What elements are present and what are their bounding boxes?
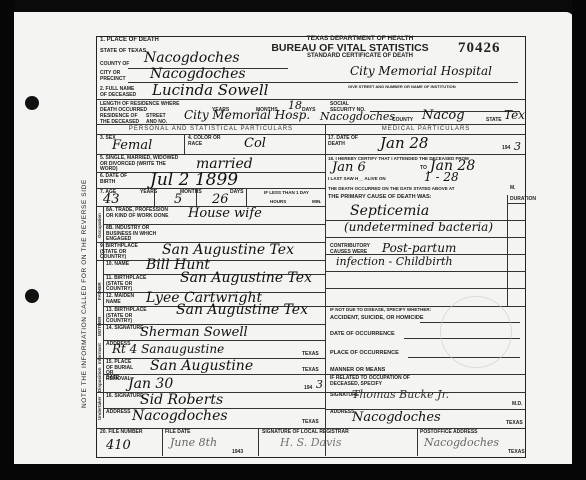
age-months: 5 [174, 192, 182, 207]
last-saw-date: 1 - 28 [424, 170, 459, 184]
occupation-related-label: IF RELATED TO OCCUPATION OF DECEASED, SP… [330, 376, 410, 387]
undertaker-address-label: ADDRESS [106, 410, 130, 416]
accident-label: ACCIDENT, SUICIDE, OR HOMICIDE [330, 316, 424, 322]
burial-place: San Augustine [150, 358, 253, 374]
scan-border-bottom [0, 464, 586, 480]
residence-street: City Memorial Hosp. [184, 108, 310, 122]
reverse-side-note: NOTE THE INFORMATION CALLED FOR ON THE R… [81, 179, 88, 408]
attended-from: Jan 6 [332, 160, 366, 175]
rule [326, 237, 526, 238]
race-label: 4. COLOR OR RACE [188, 136, 224, 147]
contributory-cause-2: infection - Childbirth [336, 255, 453, 268]
texas-label: TEXAS [508, 450, 525, 456]
burial-date: Jan 30 [128, 376, 173, 392]
rule [417, 428, 418, 456]
rule [162, 428, 163, 456]
less-than-day-label: IF LESS THAN 1 DAY [264, 190, 309, 196]
occurred-label: THE DEATH OCCURRED ON THE DATE STATED AB… [328, 186, 455, 192]
burial-date-label: DATE [106, 376, 119, 382]
date-of-birth: Jul 2 1899 [150, 170, 238, 190]
rule [96, 134, 526, 135]
rule [154, 188, 155, 206]
hours-label: HOURS [270, 199, 286, 205]
physician-signature: Thomas Bucke Jr. [352, 388, 449, 401]
disposition-side-label: Disposition [97, 368, 102, 393]
informant-name: Sherman Sowell [140, 325, 248, 340]
father-name-label: 10. NAME [106, 262, 129, 268]
personal-section-title: PERSONAL AND STATISTICAL PARTICULARS [96, 126, 326, 132]
primary-cause-detail: (undetermined bacteria) [344, 220, 493, 234]
age-days-label: DAYS [230, 190, 243, 196]
mother-birthplace-label: 13. BIRTHPLACE (STATE OR COUNTRY) [106, 308, 156, 325]
certificate-number: 70426 [458, 40, 501, 57]
occupation-side-label: Occupation [97, 213, 102, 238]
not-disease-label: IF NOT DUE TO DISEASE, SPECIFY WHETHER: [330, 307, 431, 313]
undertaker-label: 16. SIGNATURE [106, 394, 143, 400]
death-city: Nacogdoches [150, 66, 246, 82]
death-year-prefix: 194 [502, 146, 510, 152]
rule [196, 188, 197, 206]
file-number: 410 [106, 438, 131, 453]
mother-side-label: MOTHER [97, 317, 102, 337]
undertaker-name: Sid Roberts [140, 392, 223, 408]
date-of-death-label: 17. DATE OF DEATH [328, 136, 368, 147]
age-days: 26 [212, 192, 229, 207]
registrar-label: SIGNATURE OF LOCAL REGISTRAR [262, 430, 349, 436]
industry-label: 8B. INDUSTRY OR BUSINESS IN WHICH ENGAGE… [106, 226, 170, 243]
duration-label: DURATION [510, 197, 536, 203]
texas-label: TEXAS [302, 352, 319, 358]
rule [103, 340, 326, 341]
residence-length-label: LENGTH OF RESIDENCE WHERE DEATH OCCURRED [100, 102, 190, 113]
birthplace: San Augustine Tex [162, 242, 294, 258]
rule [507, 203, 526, 204]
undertaker-side-label: Undertaker [97, 396, 102, 420]
rule [103, 374, 326, 375]
dob-label: 6. DATE OF BIRTH [100, 174, 130, 185]
city-label: CITY OR PRECINCT [100, 71, 128, 82]
rule [507, 195, 508, 307]
faded-seal-stamp [440, 296, 512, 368]
place-of-death-label: 1. PLACE OF DEATH [100, 38, 159, 44]
scan-border-right [572, 0, 586, 480]
date-of-death: Jan 28 [380, 134, 428, 152]
birthplace-label: 9. BIRTHPLACE (STATE OR COUNTRY) [100, 244, 150, 261]
rule [103, 206, 104, 418]
occurrence-date-label: DATE OF OCCURRENCE [330, 332, 395, 338]
institution-label: GIVE STREET AND NUMBER OR NAME OF INSTIT… [348, 84, 456, 90]
physician-address-label: ADDRESS [330, 410, 354, 416]
texas-label: TEXAS [302, 420, 319, 426]
dept-title: TEXAS DEPARTMENT OF HEALTH [250, 35, 470, 42]
rule [96, 124, 526, 125]
physician-address: Nacogdoches [352, 410, 441, 425]
texas-label: TEXAS [506, 421, 523, 427]
age-months-label: MONTHS [180, 190, 202, 196]
form-title: STANDARD CERTIFICATE OF DEATH [250, 53, 470, 59]
rule [326, 288, 526, 289]
death-year-digit: 3 [514, 140, 521, 153]
rule [258, 428, 259, 456]
rule [96, 99, 526, 100]
residence-state-label: STATE [486, 118, 502, 124]
deceased-name: Lucinda Sowell [152, 81, 268, 99]
occurrence-place-label: PLACE OF OCCURRENCE [330, 351, 399, 357]
rule [96, 260, 326, 261]
full-name-label: 2. FULL NAME OF DECEASED [100, 87, 138, 98]
file-year: 1943 [232, 450, 243, 456]
informant-side-label: Informant [97, 343, 102, 364]
mother-name-label: 12. MAIDEN NAME [106, 294, 136, 305]
primary-cause-label: THE PRIMARY CAUSE OF DEATH WAS: [328, 195, 432, 201]
state-label: STATE OF TEXAS [100, 49, 146, 55]
punch-hole-icon [25, 289, 39, 303]
undertaker-address: Nacogdoches [132, 408, 228, 424]
sex: Femal [112, 138, 152, 153]
punch-hole-icon [25, 96, 39, 110]
last-saw-label: I LAST SAW H__ ALIVE ON [328, 176, 386, 182]
rule [326, 154, 526, 155]
death-county: Nacogdoches [144, 50, 240, 66]
min-label: MIN. [312, 199, 322, 205]
manner-label: MANNER OR MEANS [330, 368, 385, 374]
residence-county: Nacog [422, 108, 465, 123]
file-number-label: 20. FILE NUMBER [100, 430, 143, 436]
m-label: M. [510, 186, 516, 192]
residence-city: Nacogdoches [320, 110, 395, 123]
texas-label: TEXAS [302, 368, 319, 374]
medical-section-title: MEDICAL PARTICULARS [326, 126, 526, 132]
informant-address: Rt 4 Sanaugustine [112, 342, 224, 356]
scan-border-left [0, 0, 14, 480]
age-years: 43 [103, 192, 120, 207]
rule [326, 271, 526, 272]
file-date: June 8th [170, 436, 217, 449]
informant-label: 14. SIGNATURE [106, 326, 143, 332]
contributory-cause-1: Post-partum [382, 241, 456, 255]
postoffice-address: Nacogdoches [424, 436, 499, 449]
residence-state: Tex [504, 108, 525, 122]
rule [246, 188, 247, 206]
county-label: COUNTY OF [100, 62, 129, 68]
trade: House wife [188, 206, 262, 221]
residence-county-label: COUNTY [392, 118, 413, 124]
primary-cause: Septicemia [350, 203, 429, 219]
mother-birthplace: San Augustine Tex [176, 302, 308, 318]
death-institution: City Memorial Hospital [350, 64, 492, 78]
father-birthplace: San Augustine Tex [180, 270, 312, 286]
rule [184, 134, 185, 154]
burial-year-digit: 3 [316, 378, 323, 391]
rule [96, 188, 326, 189]
registrar-signature: H. S. Davis [280, 436, 341, 449]
file-date-label: FILE DATE [165, 430, 190, 436]
md-label: M.D. [512, 402, 523, 408]
postoffice-label: POSTOFFICE ADDRESS [420, 430, 478, 436]
trade-label: 8A. TRADE, PROFESSION OR KIND OF WORK DO… [106, 208, 170, 219]
race: Col [244, 136, 266, 151]
burial-year-prefix: 194 [304, 386, 312, 392]
column-divider [325, 124, 326, 456]
